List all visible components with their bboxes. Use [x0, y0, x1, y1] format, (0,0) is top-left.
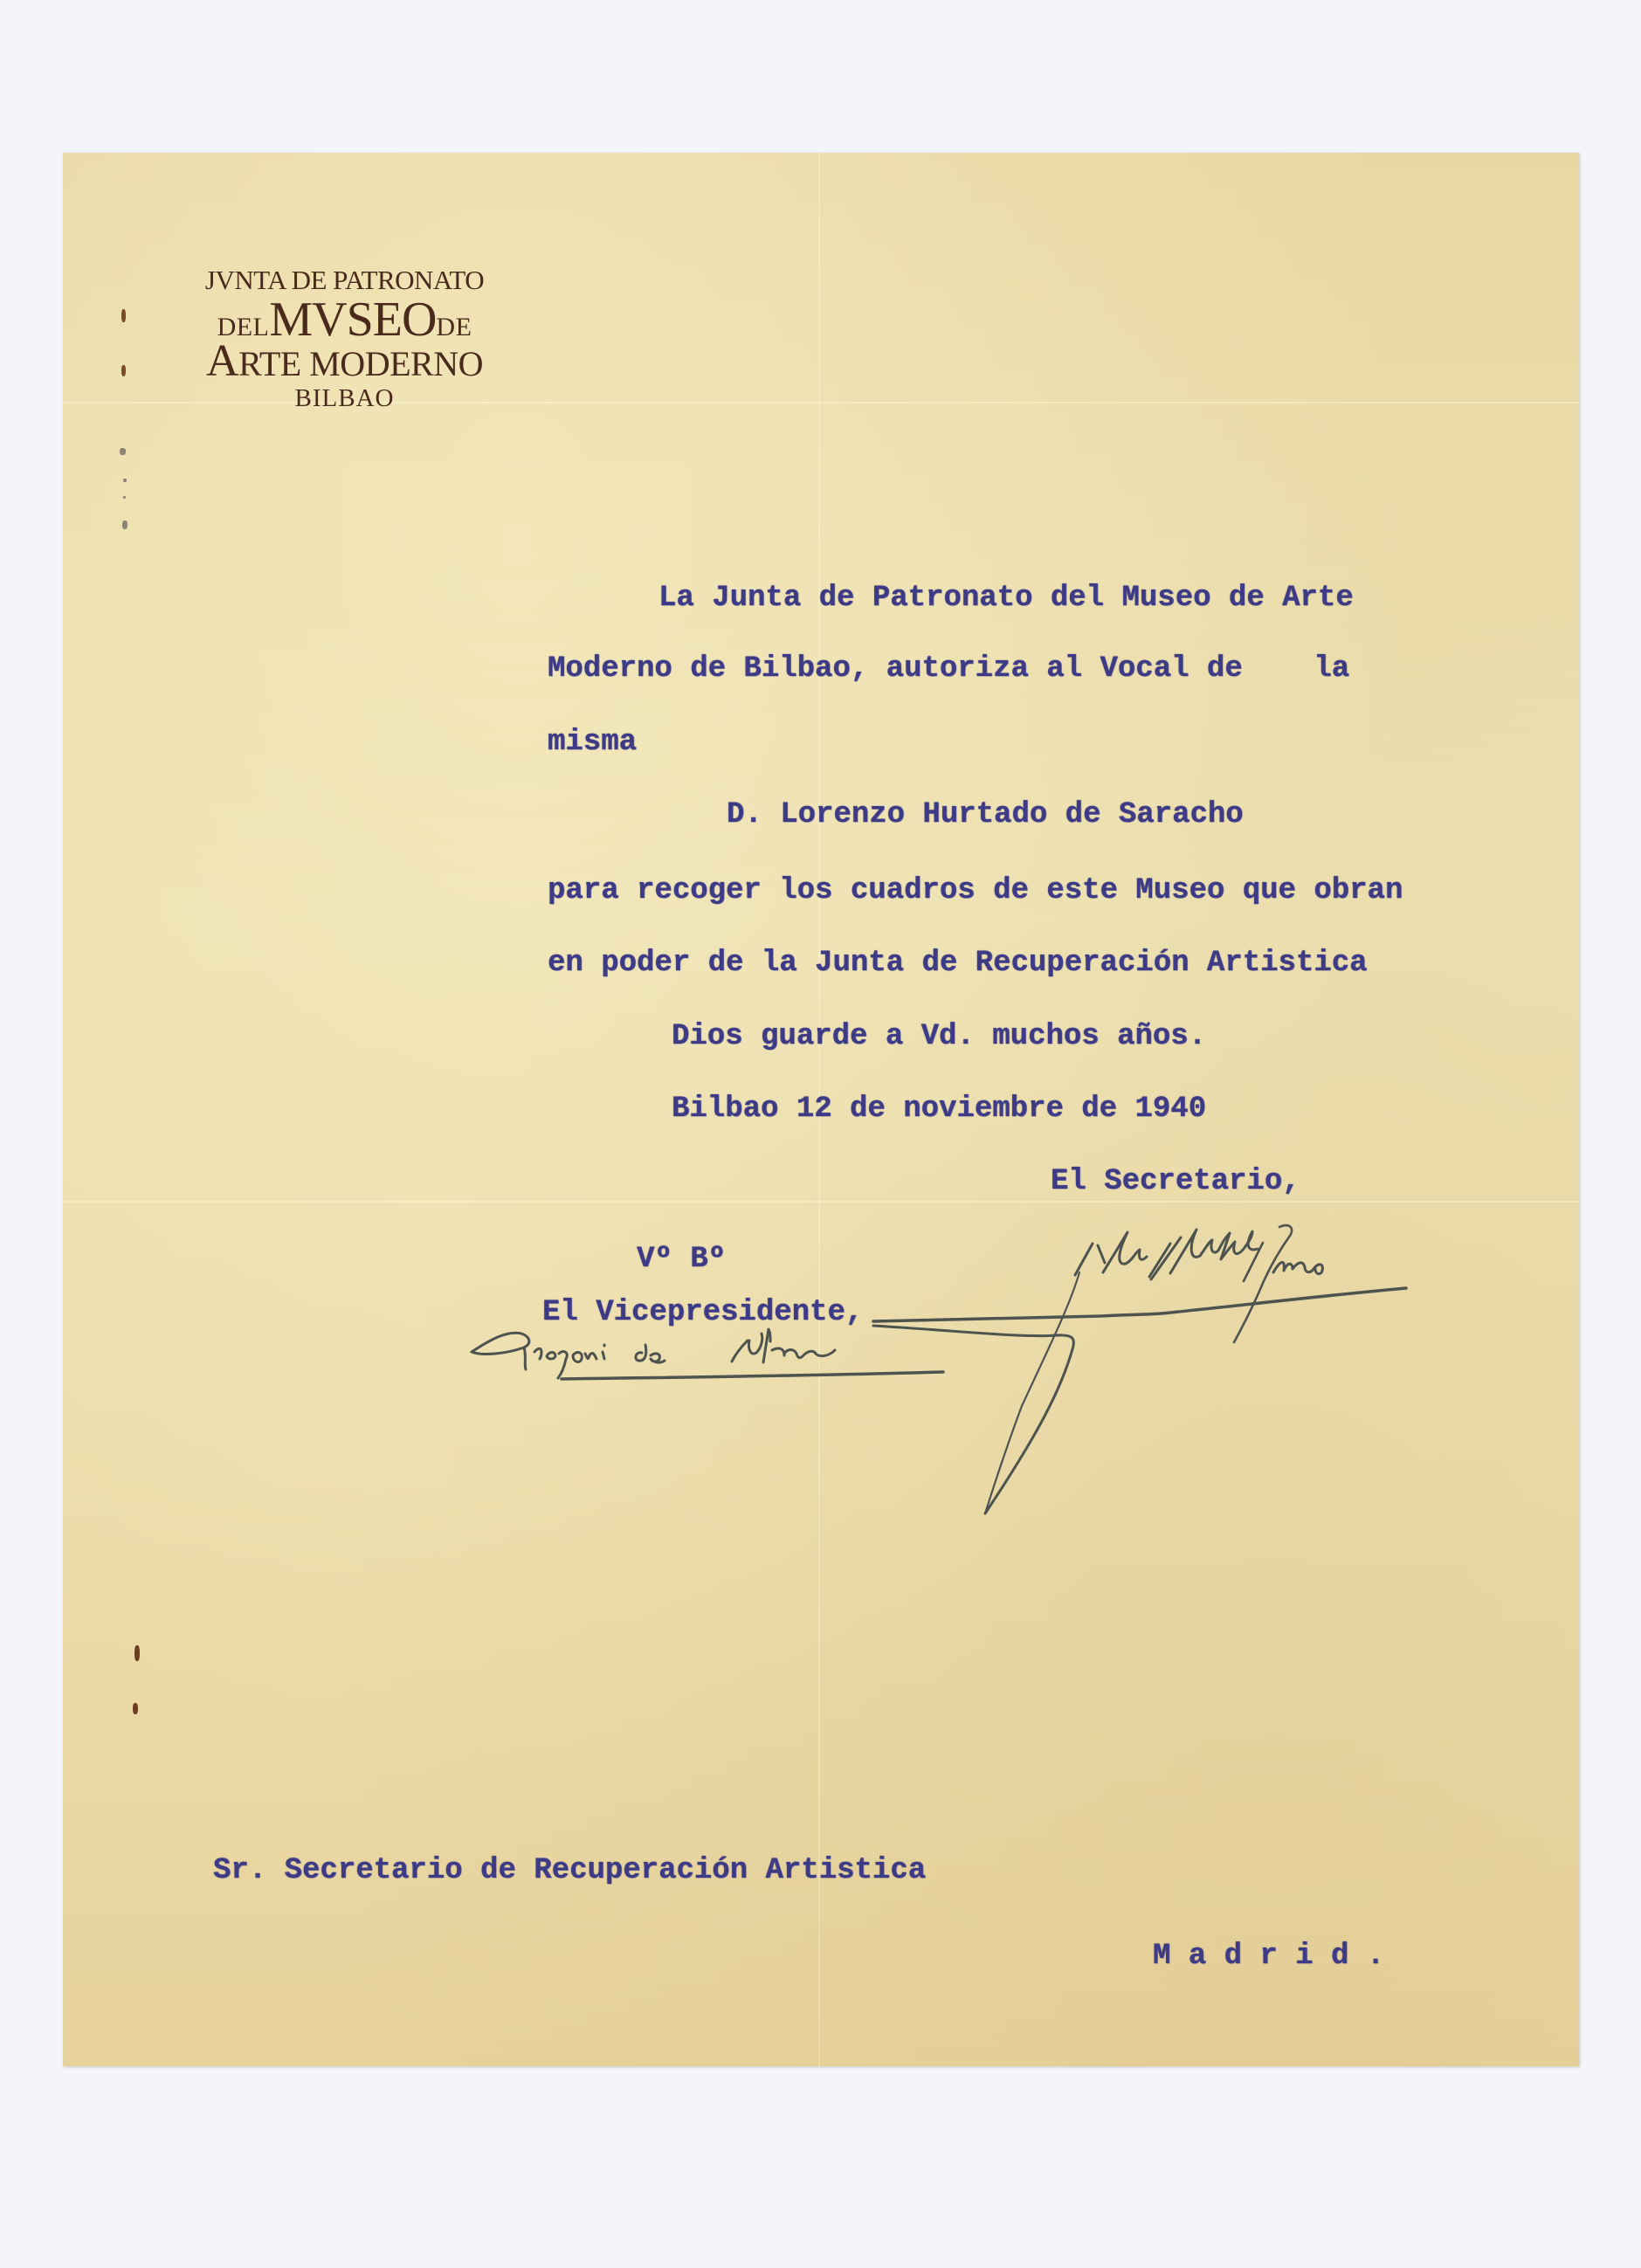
- recipient-city: M a d r i d .: [1153, 1939, 1384, 1974]
- secretary-signature: [0, 0, 1641, 2268]
- recipient: Sr. Secretario de Recuperación Artistica: [213, 1853, 926, 1888]
